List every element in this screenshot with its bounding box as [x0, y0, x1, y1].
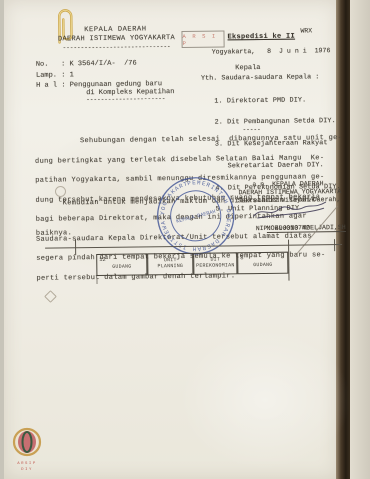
- room-box-dit-perekonomian: DIT PEREKONOMIAN: [193, 252, 237, 275]
- recipient-salutation: Yth. Saudara-saudara Kepala :: [201, 73, 319, 82]
- room-box-gudang-8: 8 GUDANG: [237, 252, 288, 275]
- room-label: UNIT PLANNING: [155, 258, 185, 270]
- recipient-heading: Kepala: [198, 64, 298, 73]
- ekspedisi-label: Ekspedisi ke II: [227, 33, 295, 42]
- room-label: GUDANG: [112, 259, 131, 271]
- room-label: DIT PEREKONOMIAN: [194, 258, 236, 270]
- floorplan-tick-far-right: [334, 239, 335, 251]
- letter-content: KEPALA DAERAH DAERAH ISTIMEWA YOGYAKARTA…: [0, 0, 370, 479]
- floorplan-tick-left: [75, 239, 76, 255]
- ref-no-line: No. : K 3564/I/A- /76: [36, 60, 137, 69]
- letterhead-title: KEPALA DAERAH: [55, 25, 175, 34]
- room-number: 8: [240, 254, 243, 261]
- watermark-caption: DIY: [21, 468, 33, 472]
- room-label: GUDANG: [253, 257, 272, 269]
- archive-watermark: ARSIP DIY: [6, 426, 48, 476]
- dateline: Yogyakarta, 8 J u n i 1976: [212, 47, 331, 56]
- room-number: 12: [99, 256, 106, 263]
- ref-lamp-line: Lamp. : 1: [36, 71, 74, 79]
- recipient-line: 1. Direktorat PMD DIY.: [214, 97, 339, 106]
- scanned-letter: KEPALA DAERAH DAERAH ISTIMEWA YOGYAKARTA…: [0, 0, 370, 479]
- ref-hal-divider: ----------------------: [86, 95, 165, 104]
- round-stamp-center-text: KEPALA DAERAH: [176, 209, 217, 225]
- room-box-gudang-12: 12 GUDANG: [96, 253, 147, 276]
- body-line: dung bertingkat yang terletak disebelah …: [35, 155, 335, 165]
- room-box-unit-planning: UNIT PLANNING: [147, 253, 193, 276]
- arsip-stamp-label: A R S I P: [182, 32, 223, 46]
- watermark-caption: ARSIP: [17, 462, 37, 466]
- floorplan-dash-below: [96, 278, 97, 284]
- letterhead-divider: ------------------------------: [42, 43, 192, 53]
- body-line: Sehubungan dengan telah selesai dibangun…: [35, 135, 335, 145]
- arsip-stamp: A R S I P: [181, 30, 224, 48]
- code-label: WRX: [300, 27, 312, 35]
